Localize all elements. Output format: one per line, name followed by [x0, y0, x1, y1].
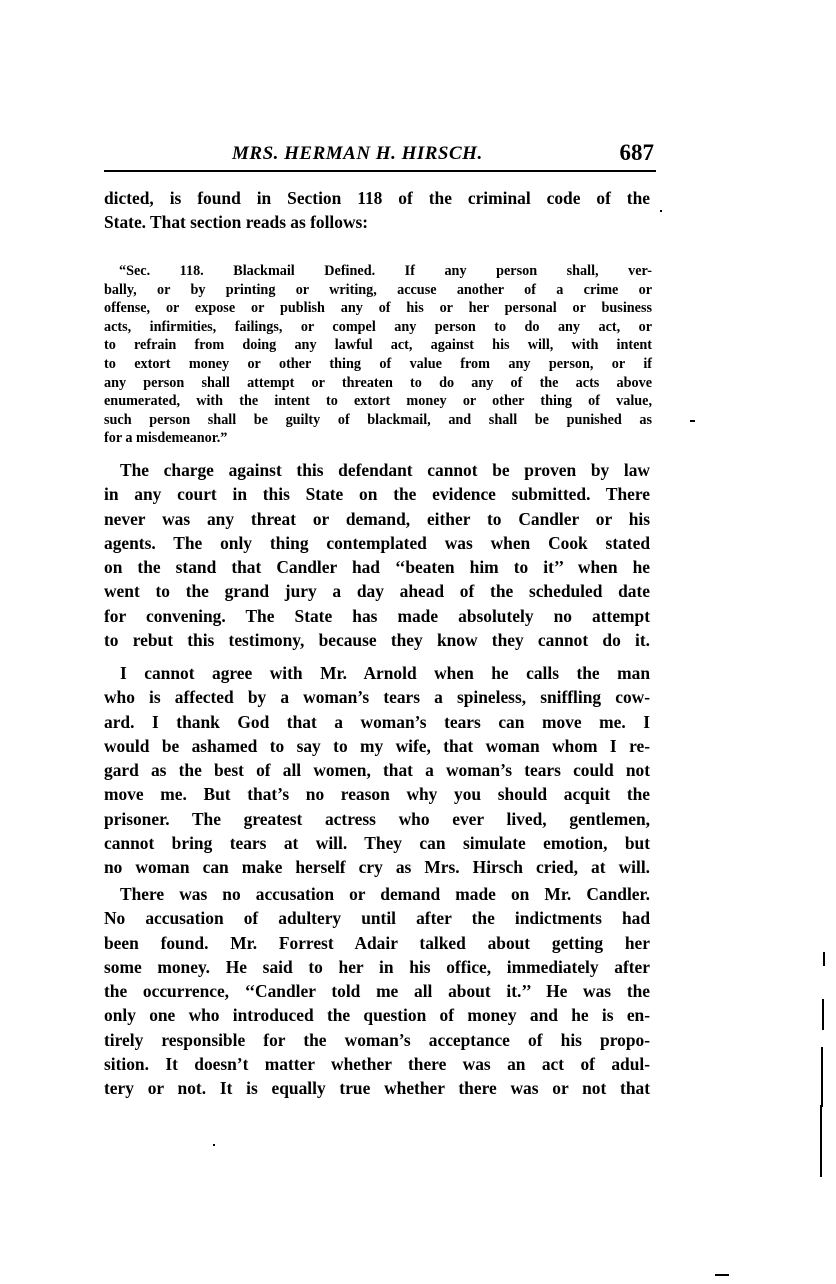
text-line: never was any threat or demand, either t… [104, 507, 650, 531]
scan-speck [690, 420, 695, 422]
text-line: gard as the best of all women, that a wo… [104, 758, 650, 782]
scan-speck [715, 1274, 729, 1276]
text-line: I cannot agree with Mr. Arnold when he c… [104, 661, 650, 685]
text-line: tirely responsible for the woman’s accep… [104, 1028, 650, 1052]
page-number: 687 [620, 139, 655, 167]
text-line: dicted, is found in Section 118 of the c… [104, 186, 650, 210]
text-line: ard. I thank God that a woman’s tears ca… [104, 710, 650, 734]
quote-line: acts, infirmities, failings, or compel a… [104, 318, 652, 337]
text-line: been found. Mr. Forrest Adair talked abo… [104, 931, 650, 955]
paragraph-charge: The charge against this defendant cannot… [104, 458, 650, 652]
quote-line: enumerated, with the intent to extort mo… [104, 392, 652, 411]
text-line: State. That section reads as follows: [104, 210, 650, 234]
text-line: prisoner. The greatest actress who ever … [104, 807, 650, 831]
quote-line: any person shall attempt or threaten to … [104, 374, 652, 393]
paragraph-accusation: There was no accusation or demand made o… [104, 882, 650, 1101]
text-line: to rebut this testimony, because they kn… [104, 628, 650, 652]
header-rule [104, 170, 656, 172]
text-line: would be ashamed to say to my wife, that… [104, 734, 650, 758]
book-page: MRS. HERMAN H. HIRSCH. 687 dicted, is fo… [0, 0, 836, 1284]
text-line: agents. The only thing contemplated was … [104, 531, 650, 555]
quote-line: to refrain from doing any lawful act, ag… [104, 336, 652, 355]
page-edge-line [822, 999, 824, 1030]
page-edge-line [821, 1047, 823, 1107]
text-line: sition. It doesn’t matter whether there … [104, 1052, 650, 1076]
quote-line: such person shall be guilty of blackmail… [104, 411, 652, 430]
text-line: There was no accusation or demand made o… [104, 882, 650, 906]
text-line: went to the grand jury a day ahead of th… [104, 579, 650, 603]
paragraph-tears: I cannot agree with Mr. Arnold when he c… [104, 661, 650, 880]
statute-quote: “Sec. 118. Blackmail Defined. If any per… [104, 262, 652, 448]
text-line: no woman can make herself cry as Mrs. Hi… [104, 855, 650, 879]
text-line: for convening. The State has made absolu… [104, 604, 650, 628]
text-line: tery or not. It is equally true whether … [104, 1076, 650, 1100]
running-title: MRS. HERMAN H. HIRSCH. [232, 141, 483, 167]
running-header: MRS. HERMAN H. HIRSCH. 687 [104, 141, 656, 171]
text-line: who is affected by a woman’s tears a spi… [104, 685, 650, 709]
text-line: some money. He said to her in his office… [104, 955, 650, 979]
text-line: No accusation of adultery until after th… [104, 906, 650, 930]
text-line: the occurrence, ‘‘Candler told me all ab… [104, 979, 650, 1003]
text-line: The charge against this defendant cannot… [104, 458, 650, 482]
quote-line: offense, or expose or publish any of his… [104, 299, 652, 318]
text-line: on the stand that Candler had ‘‘beaten h… [104, 555, 650, 579]
text-line: in any court in this State on the eviden… [104, 482, 650, 506]
page-edge-line [820, 1105, 822, 1177]
page-edge-line [823, 952, 825, 966]
quote-line: bally, or by printing or writing, accuse… [104, 281, 652, 300]
quote-line: to extort money or other thing of value … [104, 355, 652, 374]
quote-line: “Sec. 118. Blackmail Defined. If any per… [104, 262, 652, 281]
scan-speck [660, 210, 662, 212]
text-line: cannot bring tears at will. They can sim… [104, 831, 650, 855]
quote-line: for a misdemeanor.” [104, 429, 652, 448]
paragraph-continuation: dicted, is found in Section 118 of the c… [104, 186, 650, 235]
text-line: only one who introduced the question of … [104, 1003, 650, 1027]
scan-speck [213, 1144, 215, 1146]
text-line: move me. But that’s no reason why you sh… [104, 782, 650, 806]
